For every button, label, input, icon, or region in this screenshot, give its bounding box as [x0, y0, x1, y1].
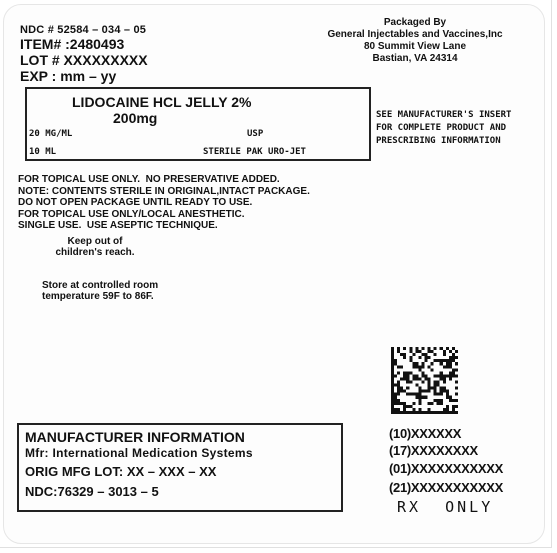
- insert-line: PRESCRIBING INFORMATION: [376, 135, 511, 148]
- gs1-gtin: (01)XXXXXXXXXXX: [389, 461, 503, 476]
- gs1-expiry: (17)XXXXXXXX: [389, 443, 478, 458]
- packager-heading: Packaged By: [300, 17, 530, 29]
- expiration-date: EXP : mm – yy: [20, 68, 116, 84]
- keep-out-line: children's reach.: [50, 248, 140, 259]
- keep-out-line: Keep out of: [50, 237, 140, 248]
- storage-line: temperature 59F to 86F.: [42, 292, 158, 303]
- product-box: LIDOCAINE HCL JELLY 2% 200mg 20 MG/ML US…: [25, 87, 371, 161]
- manufacturer-title: MANUFACTURER INFORMATION: [25, 429, 245, 445]
- datamatrix-barcode-icon: [391, 347, 458, 414]
- insert-line: FOR COMPLETE PRODUCT AND: [376, 122, 511, 135]
- manufacturer-name: Mfr: International Medication Systems: [25, 446, 253, 460]
- insert-line: SEE MANUFACTURER'S INSERT: [376, 109, 511, 122]
- storage-instructions: Store at controlled room temperature 59F…: [42, 281, 158, 302]
- packager-street: 80 Summit View Lane: [300, 41, 530, 53]
- product-name: LIDOCAINE HCL JELLY 2%: [72, 94, 251, 110]
- product-amount: 200mg: [113, 110, 157, 126]
- warning-line: NOTE: CONTENTS STERILE IN ORIGINAL,INTAC…: [18, 186, 310, 198]
- item-number: ITEM# :2480493: [20, 36, 124, 52]
- packager-name: General Injectables and Vaccines,Inc: [300, 29, 530, 41]
- warning-line: DO NOT OPEN PACKAGE UNTIL READY TO USE.: [18, 197, 310, 209]
- warning-line: SINGLE USE. USE ASEPTIC TECHNIQUE.: [18, 220, 310, 232]
- keep-out-of-reach: Keep out of children's reach.: [50, 237, 140, 258]
- warning-line: FOR TOPICAL USE ONLY/LOCAL ANESTHETIC.: [18, 209, 310, 221]
- product-package-type: STERILE PAK URO-JET: [203, 147, 306, 157]
- rx-only: RX ONLY: [397, 498, 493, 516]
- packager-city: Bastian, VA 24314: [300, 53, 530, 65]
- manufacturer-ndc: NDC:76329 – 3013 – 5: [25, 484, 159, 499]
- manufacturer-lot: ORIG MFG LOT: XX – XXX – XX: [25, 464, 216, 479]
- gs1-serial: (21)XXXXXXXXXXX: [389, 480, 503, 495]
- product-standard: USP: [247, 129, 263, 139]
- package-ndc: NDC # 52584 – 034 – 05: [20, 24, 146, 36]
- warning-line: FOR TOPICAL USE ONLY. NO PRESERVATIVE AD…: [18, 174, 310, 186]
- warnings: FOR TOPICAL USE ONLY. NO PRESERVATIVE AD…: [18, 174, 310, 232]
- product-concentration: 20 MG/ML: [29, 129, 72, 139]
- manufacturer-box: MANUFACTURER INFORMATION Mfr: Internatio…: [17, 423, 343, 512]
- lot-number: LOT # XXXXXXXXX: [20, 52, 148, 68]
- storage-line: Store at controlled room: [42, 281, 158, 292]
- product-volume: 10 ML: [29, 147, 56, 157]
- gs1-batch: (10)XXXXXX: [389, 426, 461, 441]
- insert-note: SEE MANUFACTURER'S INSERT FOR COMPLETE P…: [376, 109, 511, 148]
- packager-info: Packaged By General Injectables and Vacc…: [300, 17, 530, 65]
